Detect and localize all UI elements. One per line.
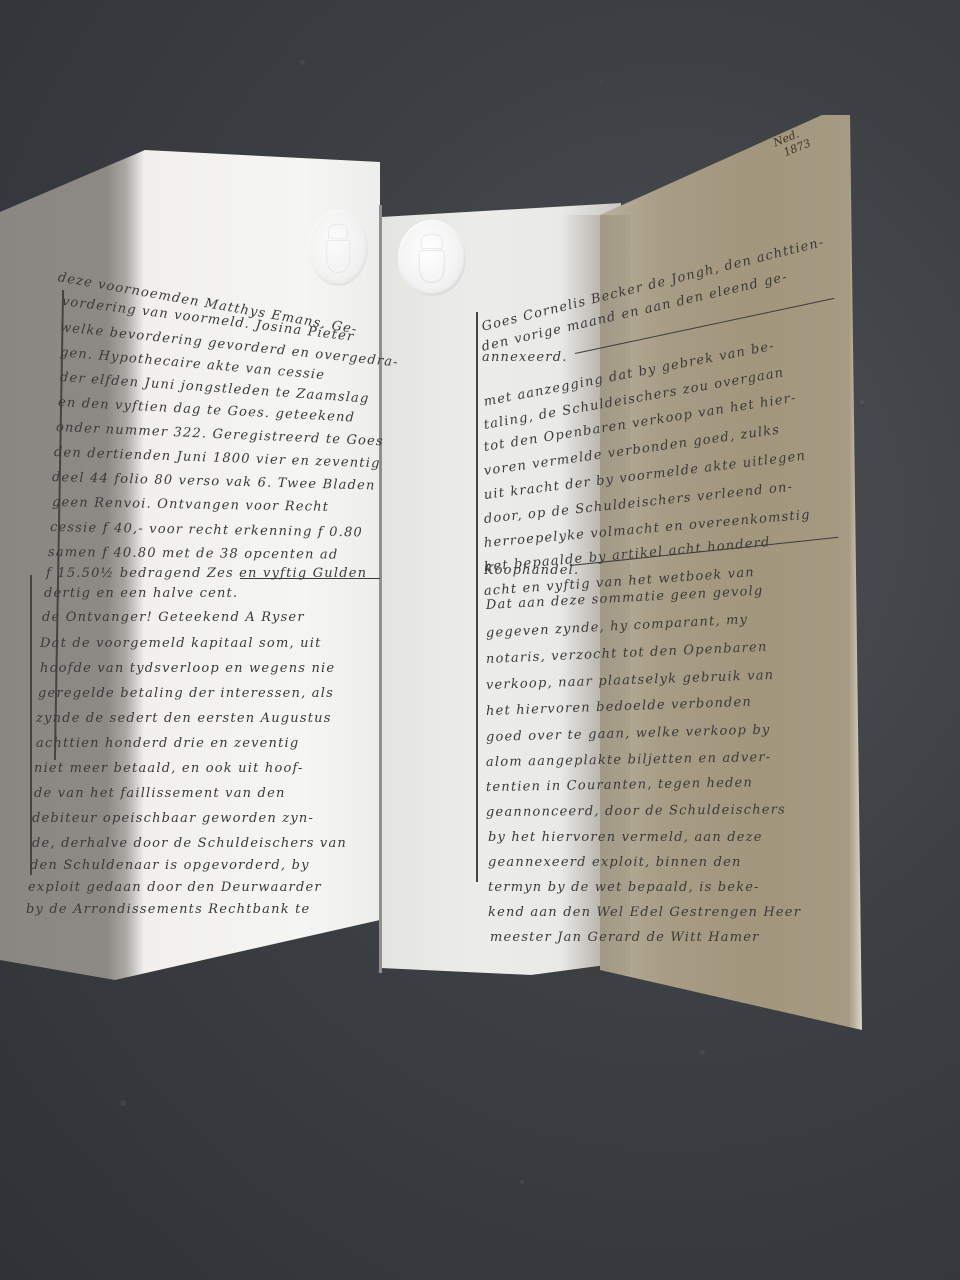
handwritten-line: de van het faillissement van den (34, 786, 286, 801)
handwritten-line: Koophandel. (484, 563, 579, 578)
handwritten-line: de, derhalve door de Schuldeischers van (32, 836, 347, 851)
handwritten-line: debiteur opeischbaar geworden zyn- (32, 811, 314, 826)
handwritten-line: geannonceerd, door de Schuldeischers (486, 802, 786, 820)
handwritten-line: kend aan den Wel Edel Gestrengen Heer (488, 905, 801, 920)
handwritten-line: niet meer betaald, en ook uit hoof- (34, 761, 304, 776)
handwritten-line: achttien honderd drie en zeventig (36, 736, 299, 751)
margin-line-left-lower (30, 575, 32, 875)
handwritten-line: f 15.50½ bedragend Zes en vyftig Gulden (46, 566, 367, 581)
handwritten-line: de Ontvanger! Geteekend A Ryser (42, 610, 305, 625)
handwritten-line: hoofde van tydsverloop en wegens nie (40, 661, 335, 676)
handwritten-line: geregelde betaling der interessen, als (38, 686, 334, 701)
handwritten-line: dertig en een halve cent. (44, 586, 238, 601)
handwritten-line: by het hiervoren vermeld, aan deze (488, 830, 763, 845)
shield-icon (419, 250, 445, 282)
crown-icon (328, 224, 348, 240)
handwritten-line: exploit gedaan door den Deurwaarder (28, 880, 322, 895)
handwritten-line: Dat de voorgemeld kapitaal som, uit (40, 636, 322, 651)
handwritten-line: samen f 40.80 met de 38 opcenten ad (48, 545, 339, 563)
page-gap (379, 205, 382, 973)
handwritten-line: meester Jan Gerard de Witt Hamer (490, 930, 760, 945)
margin-line-right (476, 312, 478, 882)
shield-icon (326, 240, 350, 272)
handwritten-line: termyn by de wet bepaald, is beke- (488, 880, 760, 895)
crown-icon (421, 234, 443, 250)
handwritten-line: den Schuldenaar is opgevorderd, by (30, 858, 310, 873)
embossed-seal-middle (398, 220, 466, 296)
handwritten-line: by de Arrondissements Rechtbank te (26, 902, 310, 917)
embossed-seal-left (308, 210, 368, 286)
handwritten-line: zynde de sedert den eersten Augustus (36, 711, 332, 726)
handwritten-line: geannexeerd exploit, binnen den (488, 855, 742, 870)
handwritten-line: annexeerd. (482, 350, 568, 365)
